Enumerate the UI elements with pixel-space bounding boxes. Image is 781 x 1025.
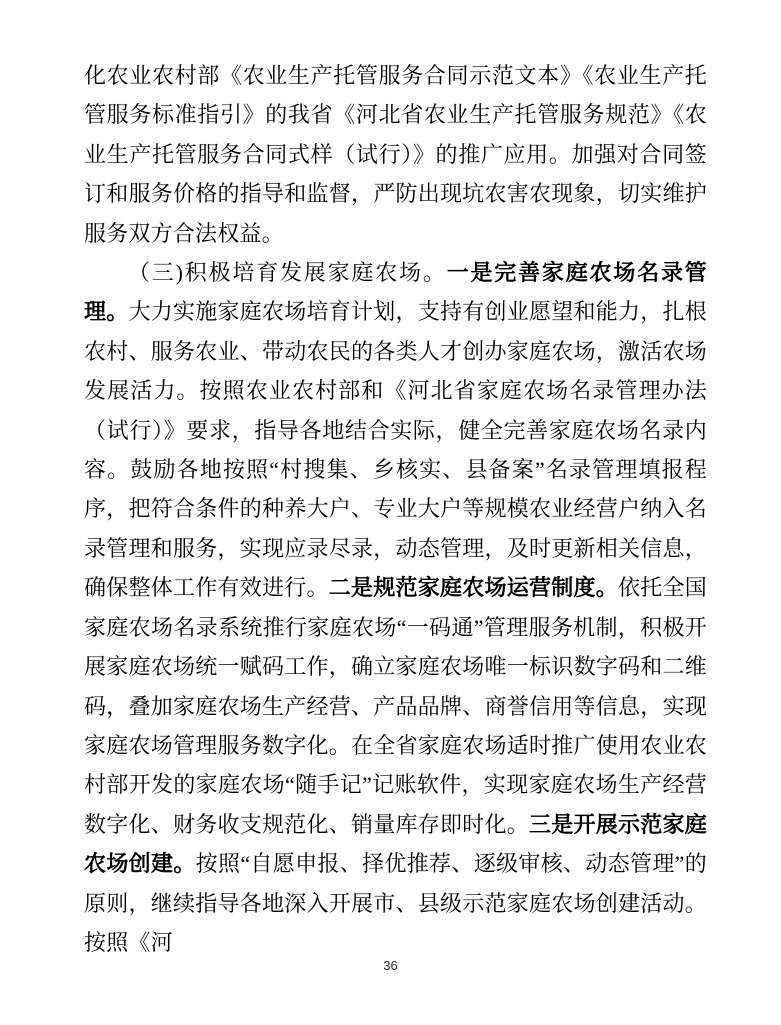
- text-run-regular: 大力实施家庭农场培育计划，支持有创业愿望和能力，扎根农村、服务农业、带动农民的各…: [84, 299, 707, 600]
- document-body: 化农业农村部《农业生产托管服务合同示范文本》《农业生产托管服务标准指引》的我省《…: [84, 56, 707, 962]
- document-page: 化农业农村部《农业生产托管服务合同示范文本》《农业生产托管服务标准指引》的我省《…: [0, 0, 781, 1025]
- text-run-bold: 二是规范家庭农场运营制度。: [329, 575, 618, 600]
- text-run-regular: 依托全国家庭农场名录系统推行家庭农场“一码通”管理服务机制，积极开展家庭农场统一…: [84, 575, 707, 836]
- paragraph: （三)积极培育发展家庭农场。一是完善家庭农场名录管理。大力实施家庭农场培育计划，…: [84, 253, 707, 962]
- text-run-kai: （三)积极培育发展家庭农场。: [128, 260, 447, 285]
- page-number: 36: [0, 958, 781, 973]
- paragraph: 化农业农村部《农业生产托管服务合同示范文本》《农业生产托管服务标准指引》的我省《…: [84, 56, 707, 253]
- text-run-regular: 化农业农村部《农业生产托管服务合同示范文本》《农业生产托管服务标准指引》的我省《…: [84, 63, 707, 246]
